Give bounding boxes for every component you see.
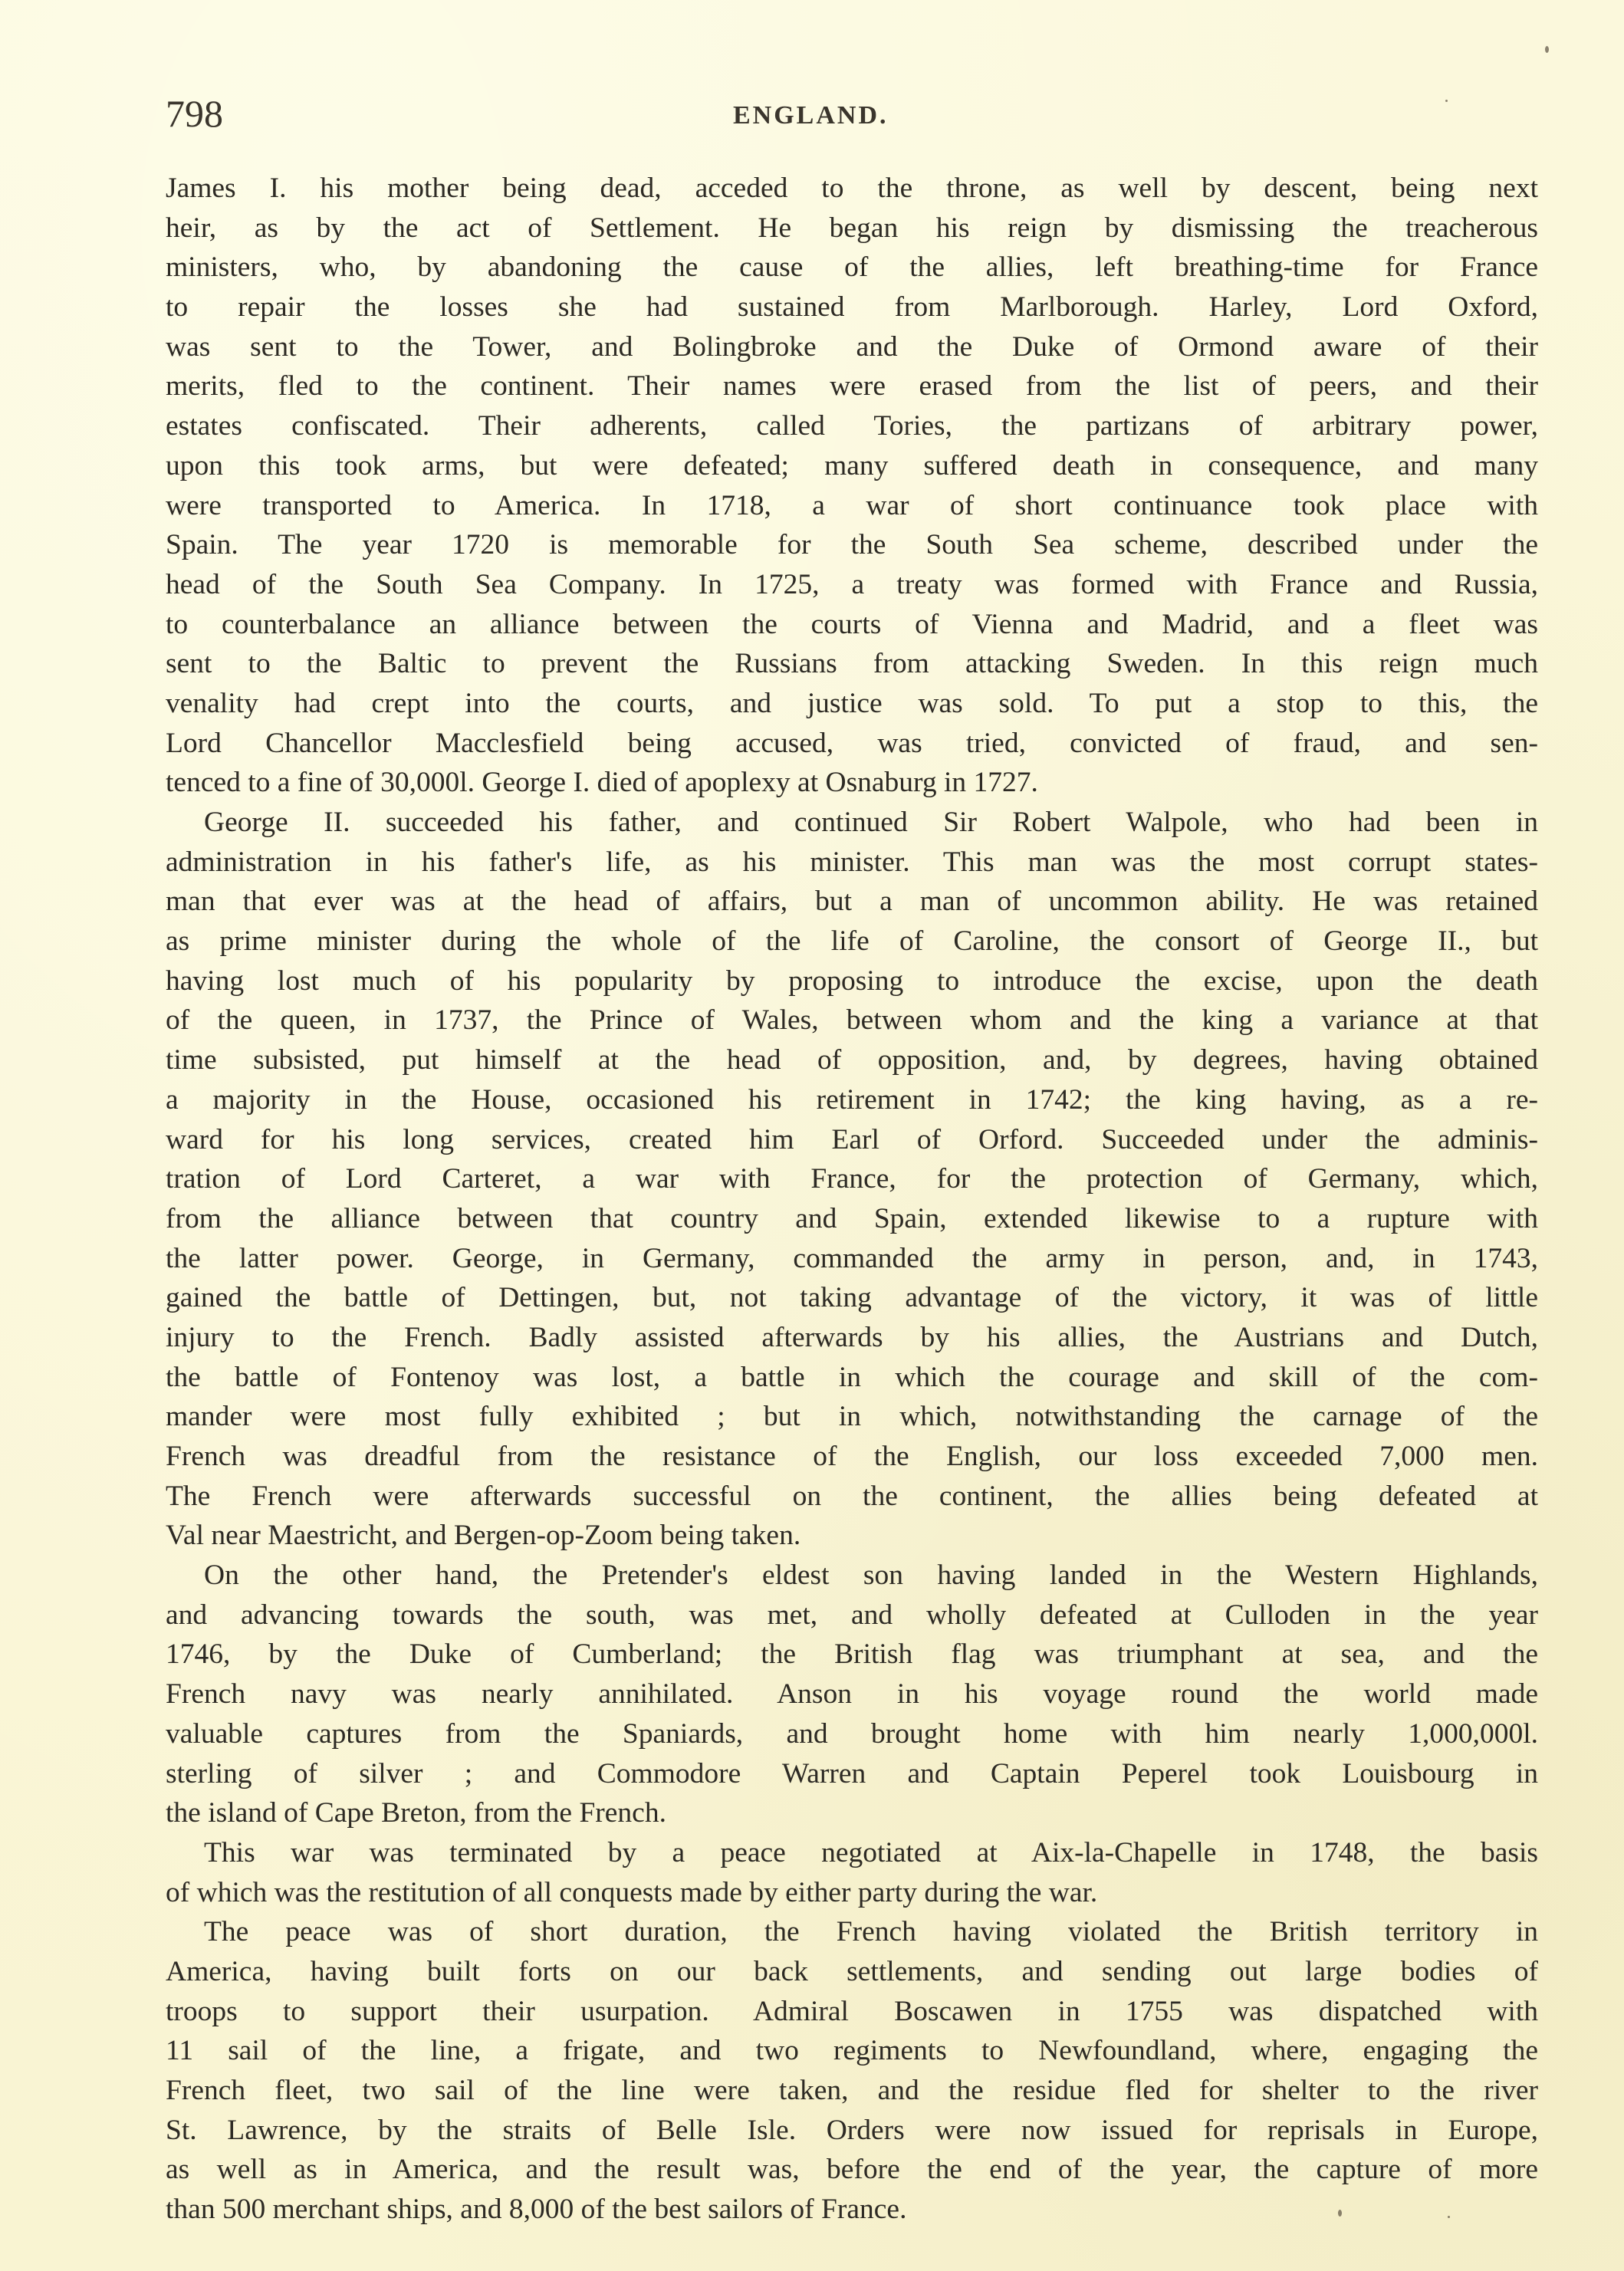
text-line: from the alliance between that country a… bbox=[166, 1199, 1538, 1239]
text-line: Lord Chancellor Macclesfield being accus… bbox=[166, 724, 1538, 764]
text-line: Val near Maestricht, and Bergen-op-Zoom … bbox=[166, 1516, 1538, 1556]
text-line: administration in his father's life, as … bbox=[166, 843, 1538, 882]
text-line: of which was the restitution of all conq… bbox=[166, 1873, 1538, 1913]
text-line: and advancing towards the south, was met… bbox=[166, 1596, 1538, 1635]
running-title: ENGLAND. bbox=[733, 97, 889, 135]
text-line: the latter power. George, in Germany, co… bbox=[166, 1239, 1538, 1279]
text-line: 1746, by the Duke of Cumberland; the Bri… bbox=[166, 1635, 1538, 1674]
text-line: merits, fled to the continent. Their nam… bbox=[166, 366, 1538, 406]
text-line: 11 sail of the line, a frigate, and two … bbox=[166, 2031, 1538, 2071]
text-line: estates confiscated. Their adherents, ca… bbox=[166, 406, 1538, 446]
paragraph-start-line: The peace was of short duration, the Fre… bbox=[166, 1912, 1538, 1952]
text-line: sent to the Baltic to prevent the Russia… bbox=[166, 644, 1538, 684]
text-line: French fleet, two sail of the line were … bbox=[166, 2071, 1538, 2111]
text-line: tenced to a fine of 30,000l. George I. d… bbox=[166, 763, 1538, 803]
book-page: 798 ENGLAND. James I. his mother being d… bbox=[166, 90, 1538, 2230]
text-line: gained the battle of Dettingen, but, not… bbox=[166, 1278, 1538, 1318]
text-line: troops to support their usurpation. Admi… bbox=[166, 1992, 1538, 2032]
text-line: was sent to the Tower, and Bolingbroke a… bbox=[166, 327, 1538, 367]
text-line: having lost much of his popularity by pr… bbox=[166, 961, 1538, 1001]
text-line: were transported to America. In 1718, a … bbox=[166, 486, 1538, 526]
running-head: 798 ENGLAND. bbox=[166, 90, 1538, 136]
text-line: valuable captures from the Spaniards, an… bbox=[166, 1714, 1538, 1754]
text-line: St. Lawrence, by the straits of Belle Is… bbox=[166, 2111, 1538, 2151]
text-line: time subsisted, put himself at the head … bbox=[166, 1040, 1538, 1080]
text-line: as well as in America, and the result wa… bbox=[166, 2150, 1538, 2190]
text-line: to repair the losses she had sustained f… bbox=[166, 288, 1538, 327]
speck bbox=[1545, 46, 1549, 53]
speck bbox=[1445, 100, 1448, 102]
text-line: French was dreadful from the resistance … bbox=[166, 1437, 1538, 1477]
text-line: mander were most fully exhibited ; but i… bbox=[166, 1397, 1538, 1437]
text-line: ministers, who, by abandoning the cause … bbox=[166, 248, 1538, 288]
text-line: upon this took arms, but were defeated; … bbox=[166, 446, 1538, 486]
text-line: than 500 merchant ships, and 8,000 of th… bbox=[166, 2190, 1538, 2230]
text-line: ward for his long services, created him … bbox=[166, 1120, 1538, 1160]
text-line: head of the South Sea Company. In 1725, … bbox=[166, 565, 1538, 605]
text-line: a majority in the House, occasioned his … bbox=[166, 1080, 1538, 1120]
text-line: injury to the French. Badly assisted aft… bbox=[166, 1318, 1538, 1358]
text-line: heir, as by the act of Settlement. He be… bbox=[166, 209, 1538, 248]
speck bbox=[1448, 2216, 1450, 2218]
paragraph-start-line: George II. succeeded his father, and con… bbox=[166, 803, 1538, 843]
body-text: James I. his mother being dead, acceded … bbox=[166, 169, 1538, 2230]
paragraph-start-line: On the other hand, the Pretender's eldes… bbox=[166, 1556, 1538, 1596]
text-line: James I. his mother being dead, acceded … bbox=[166, 169, 1538, 209]
text-line: The French were afterwards successful on… bbox=[166, 1477, 1538, 1517]
text-line: the island of Cape Breton, from the Fren… bbox=[166, 1793, 1538, 1833]
text-line: of the queen, in 1737, the Prince of Wal… bbox=[166, 1001, 1538, 1040]
paragraph-start-line: This war was terminated by a peace negot… bbox=[166, 1833, 1538, 1873]
speck bbox=[1338, 2210, 1342, 2217]
page-number: 798 bbox=[166, 90, 223, 136]
text-line: French navy was nearly annihilated. Anso… bbox=[166, 1674, 1538, 1714]
text-line: Spain. The year 1720 is memorable for th… bbox=[166, 525, 1538, 565]
text-line: as prime minister during the whole of th… bbox=[166, 922, 1538, 961]
text-line: man that ever was at the head of affairs… bbox=[166, 882, 1538, 922]
text-line: venality had crept into the courts, and … bbox=[166, 684, 1538, 724]
text-line: the battle of Fontenoy was lost, a battl… bbox=[166, 1358, 1538, 1398]
text-line: tration of Lord Carteret, a war with Fra… bbox=[166, 1159, 1538, 1199]
text-line: to counterbalance an alliance between th… bbox=[166, 605, 1538, 645]
text-line: America, having built forts on our back … bbox=[166, 1952, 1538, 1992]
text-line: sterling of silver ; and Commodore Warre… bbox=[166, 1754, 1538, 1794]
